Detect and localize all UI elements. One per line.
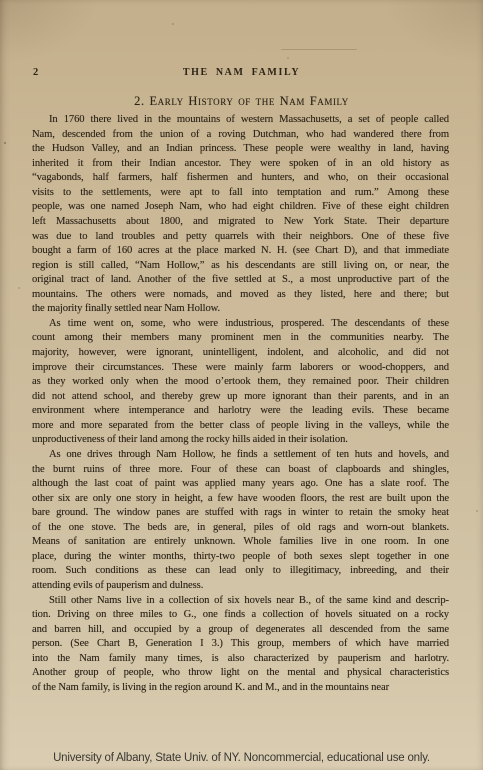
paragraph: As time went on, some, who were industri… bbox=[32, 317, 449, 448]
body-line: the burnt ruins of three more. Four of t… bbox=[32, 463, 449, 478]
body-line: “vagabonds, half farmers, half fishermen… bbox=[32, 171, 449, 186]
paper-crease bbox=[281, 49, 357, 50]
body-line: improve their circumstances. These were … bbox=[32, 361, 449, 376]
body-line: count among their members many prominent… bbox=[32, 331, 449, 346]
body-line: person. (See Chart B, Generation I 3.) T… bbox=[32, 637, 449, 652]
body-line: into the Nam family many times, is also … bbox=[32, 652, 449, 667]
body-line: tion. Driving on three miles to G., one … bbox=[32, 608, 449, 623]
body-line: Nam, descended from the union of a rovin… bbox=[32, 128, 449, 143]
body-line: more and more separated from the better … bbox=[32, 419, 449, 434]
paper-speck bbox=[18, 287, 20, 289]
paragraph: As one drives through Nam Hollow, he fin… bbox=[32, 448, 449, 594]
paper-speck bbox=[287, 57, 289, 59]
body-line: mountains. The others were nomads, and m… bbox=[32, 288, 449, 303]
body-line: Another group of people, who throw light… bbox=[32, 666, 449, 681]
body-line: place, during the winter months, thirty-… bbox=[32, 550, 449, 565]
paragraph: Still other Nams live in a collection of… bbox=[32, 594, 449, 696]
body-line: region is still called, “Nam Hollow,” as… bbox=[32, 259, 449, 274]
body-line: left Massachusetts about 1800, and migra… bbox=[32, 215, 449, 230]
body-line: bought a farm of 160 acres at the place … bbox=[32, 244, 449, 259]
body-line: of the one stove. The beds are, in gener… bbox=[32, 521, 449, 536]
body-line: inherited it from their Indian ancestor.… bbox=[32, 157, 449, 172]
section-heading: 2. Early History of the Nam Family bbox=[0, 94, 483, 108]
body-line: bare ground. The window panes are stuffe… bbox=[32, 506, 449, 521]
body-line: majority, however, were ignorant, uninte… bbox=[32, 346, 449, 361]
body-line: environment where intemperance and harlo… bbox=[32, 404, 449, 419]
body-line: was due to land troubles and petty quarr… bbox=[32, 230, 449, 245]
body-line: attending evils of pauperism and dulness… bbox=[32, 579, 449, 594]
body-line: people, was one named Joseph Nam, who ha… bbox=[32, 200, 449, 215]
paper-speck bbox=[4, 142, 6, 144]
body-line: original tract of land. Another of the f… bbox=[32, 273, 449, 288]
body-line: Still other Nams live in a collection of… bbox=[32, 594, 449, 609]
paragraph: In 1760 there lived in the mountains of … bbox=[32, 113, 449, 317]
footer-notice: University of Albany, State Univ. of NY.… bbox=[0, 751, 483, 766]
body-line: the majority finally settled near Nam Ho… bbox=[32, 302, 449, 317]
body-line: other six are only one story in height, … bbox=[32, 492, 449, 507]
body-text: In 1760 there lived in the mountains of … bbox=[32, 113, 449, 696]
paper-speck bbox=[172, 23, 174, 25]
body-line: although the last coat of paint was appl… bbox=[32, 477, 449, 492]
scanned-book-page: 2 THE NAM FAMILY 2. Early History of the… bbox=[0, 0, 483, 770]
body-line: visits to the settlements, were apt to f… bbox=[32, 186, 449, 201]
body-line: Means of sanitation are entirely unknown… bbox=[32, 535, 449, 550]
paper-speck bbox=[476, 510, 478, 512]
page-header: 2 THE NAM FAMILY bbox=[0, 67, 483, 79]
body-line: room. Such conditions as these can lead … bbox=[32, 564, 449, 579]
body-line: as they worked only when the mood o’erto… bbox=[32, 375, 449, 390]
body-line: and barren hill, and occupied by a group… bbox=[32, 623, 449, 638]
body-line: As time went on, some, who were industri… bbox=[32, 317, 449, 332]
body-line: As one drives through Nam Hollow, he fin… bbox=[32, 448, 449, 463]
body-line: the Hudson Valley, and an Indian princes… bbox=[32, 142, 449, 157]
body-line: unproductiveness of their land among the… bbox=[32, 433, 449, 448]
body-line: of the Nam family, is living in the regi… bbox=[32, 681, 449, 696]
body-line: did not attend school, and thereby grew … bbox=[32, 390, 449, 405]
running-head: THE NAM FAMILY bbox=[0, 67, 483, 78]
body-line: In 1760 there lived in the mountains of … bbox=[32, 113, 449, 128]
